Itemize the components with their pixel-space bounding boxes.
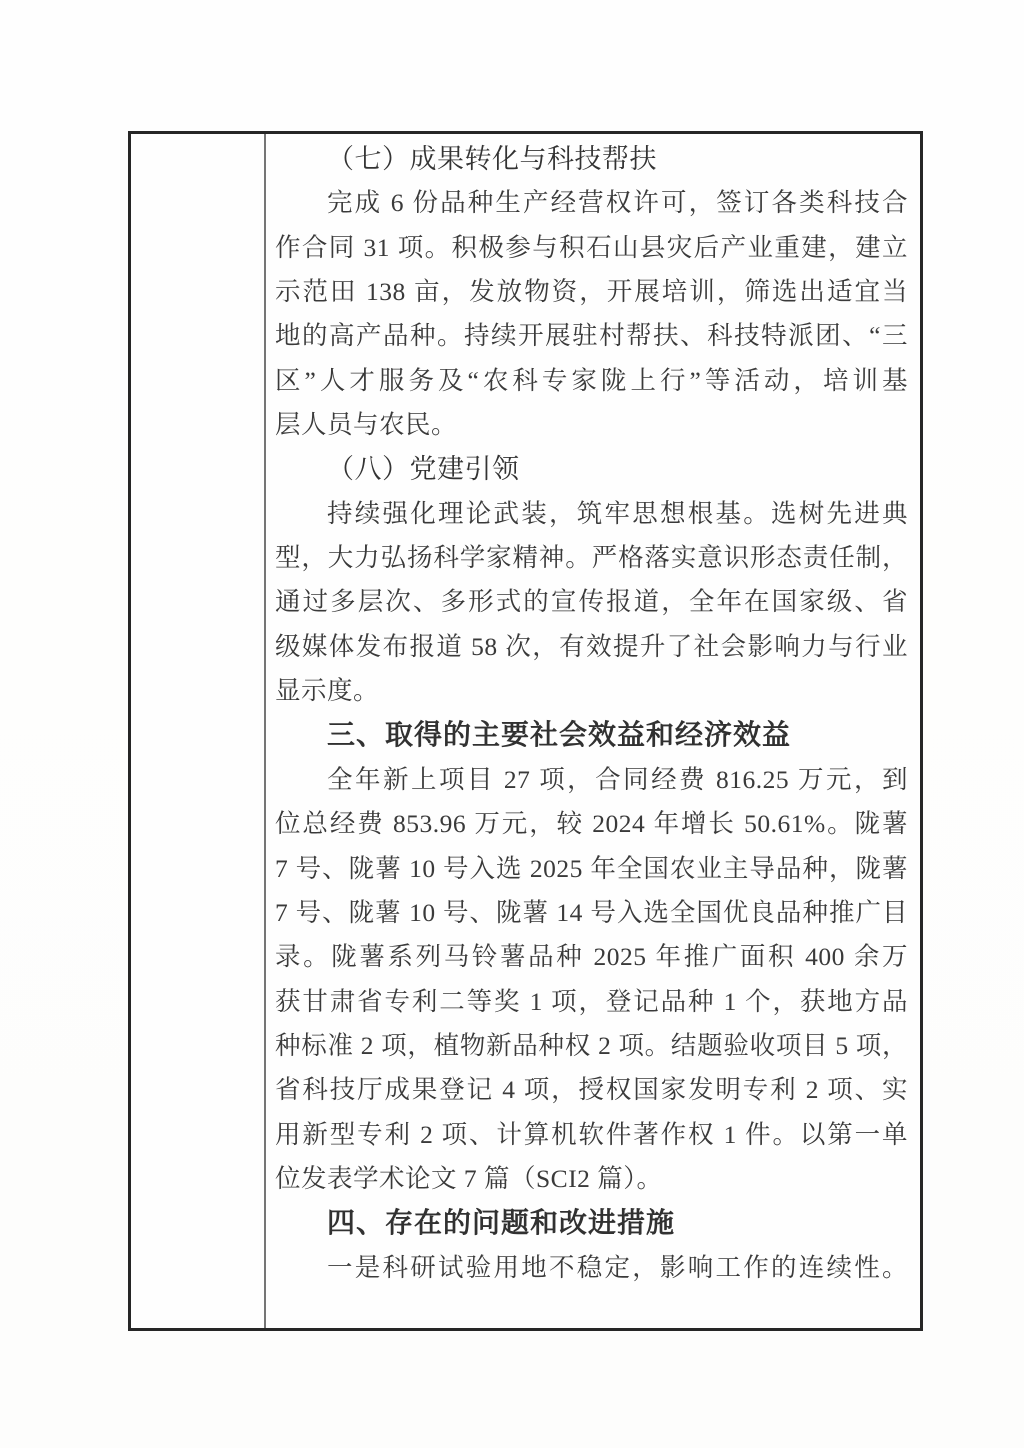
report-table: （七）成果转化与科技帮扶 完成 6 份品种生产经营权许可，签订各类科技合 作合同…	[128, 131, 923, 1331]
text-line: 示范田 138 亩，发放物资，开展培训，筛选出适宜当	[275, 270, 908, 314]
subsection-7-heading: （七）成果转化与科技帮扶	[275, 137, 908, 181]
text-line: 7 号、陇薯 10 号、陇薯 14 号入选全国优良品种推广目	[275, 891, 908, 935]
text-line: 位发表学术论文 7 篇（SCI2 篇）。	[275, 1157, 908, 1201]
text-line: 级媒体发布报道 58 次，有效提升了社会影响力与行业	[275, 625, 908, 669]
text-line: 获甘肃省专利二等奖 1 项，登记品种 1 个，获地方品	[275, 980, 908, 1024]
scanned-page: （七）成果转化与科技帮扶 完成 6 份品种生产经营权许可，签订各类科技合 作合同…	[0, 0, 1024, 1448]
text-line: 7 号、陇薯 10 号入选 2025 年全国农业主导品种，陇薯	[275, 847, 908, 891]
text-line: 完成 6 份品种生产经营权许可，签订各类科技合	[275, 181, 908, 225]
table-content-cell: （七）成果转化与科技帮扶 完成 6 份品种生产经营权许可，签订各类科技合 作合同…	[266, 134, 920, 1328]
text-line: 持续强化理论武装，筑牢思想根基。选树先进典	[275, 492, 908, 536]
text-line: 区”人才服务及“农科专家陇上行”等活动，培训基	[275, 359, 908, 403]
text-line: 位总经费 853.96 万元，较 2024 年增长 50.61%。陇薯	[275, 802, 908, 846]
text-line: 录。陇薯系列马铃薯品种 2025 年推广面积 400 余万亩。	[275, 935, 908, 979]
text-line: 地的高产品种。持续开展驻村帮扶、科技特派团、“三	[275, 314, 908, 358]
table-label-cell-empty	[131, 134, 266, 1328]
text-line: 层人员与农民。	[275, 403, 908, 447]
text-line: 作合同 31 项。积极参与积石山县灾后产业重建，建立	[275, 226, 908, 270]
section-3-heading: 三、取得的主要社会效益和经济效益	[275, 713, 908, 757]
text-line: 一是科研试验用地不稳定，影响工作的连续性。	[275, 1246, 908, 1290]
subsection-8-heading: （八）党建引领	[275, 447, 908, 491]
text-line: 用新型专利 2 项、计算机软件著作权 1 件。以第一单	[275, 1113, 908, 1157]
text-line: 显示度。	[275, 669, 908, 713]
section-4-heading: 四、存在的问题和改进措施	[275, 1201, 908, 1245]
text-line: 全年新上项目 27 项，合同经费 816.25 万元，到	[275, 758, 908, 802]
text-line: 通过多层次、多形式的宣传报道，全年在国家级、省	[275, 580, 908, 624]
text-line: 型，大力弘扬科学家精神。严格落实意识形态责任制，	[275, 536, 908, 580]
text-line: 省科技厅成果登记 4 项，授权国家发明专利 2 项、实	[275, 1068, 908, 1112]
text-line: 种标准 2 项，植物新品种权 2 项。结题验收项目 5 项，	[275, 1024, 908, 1068]
